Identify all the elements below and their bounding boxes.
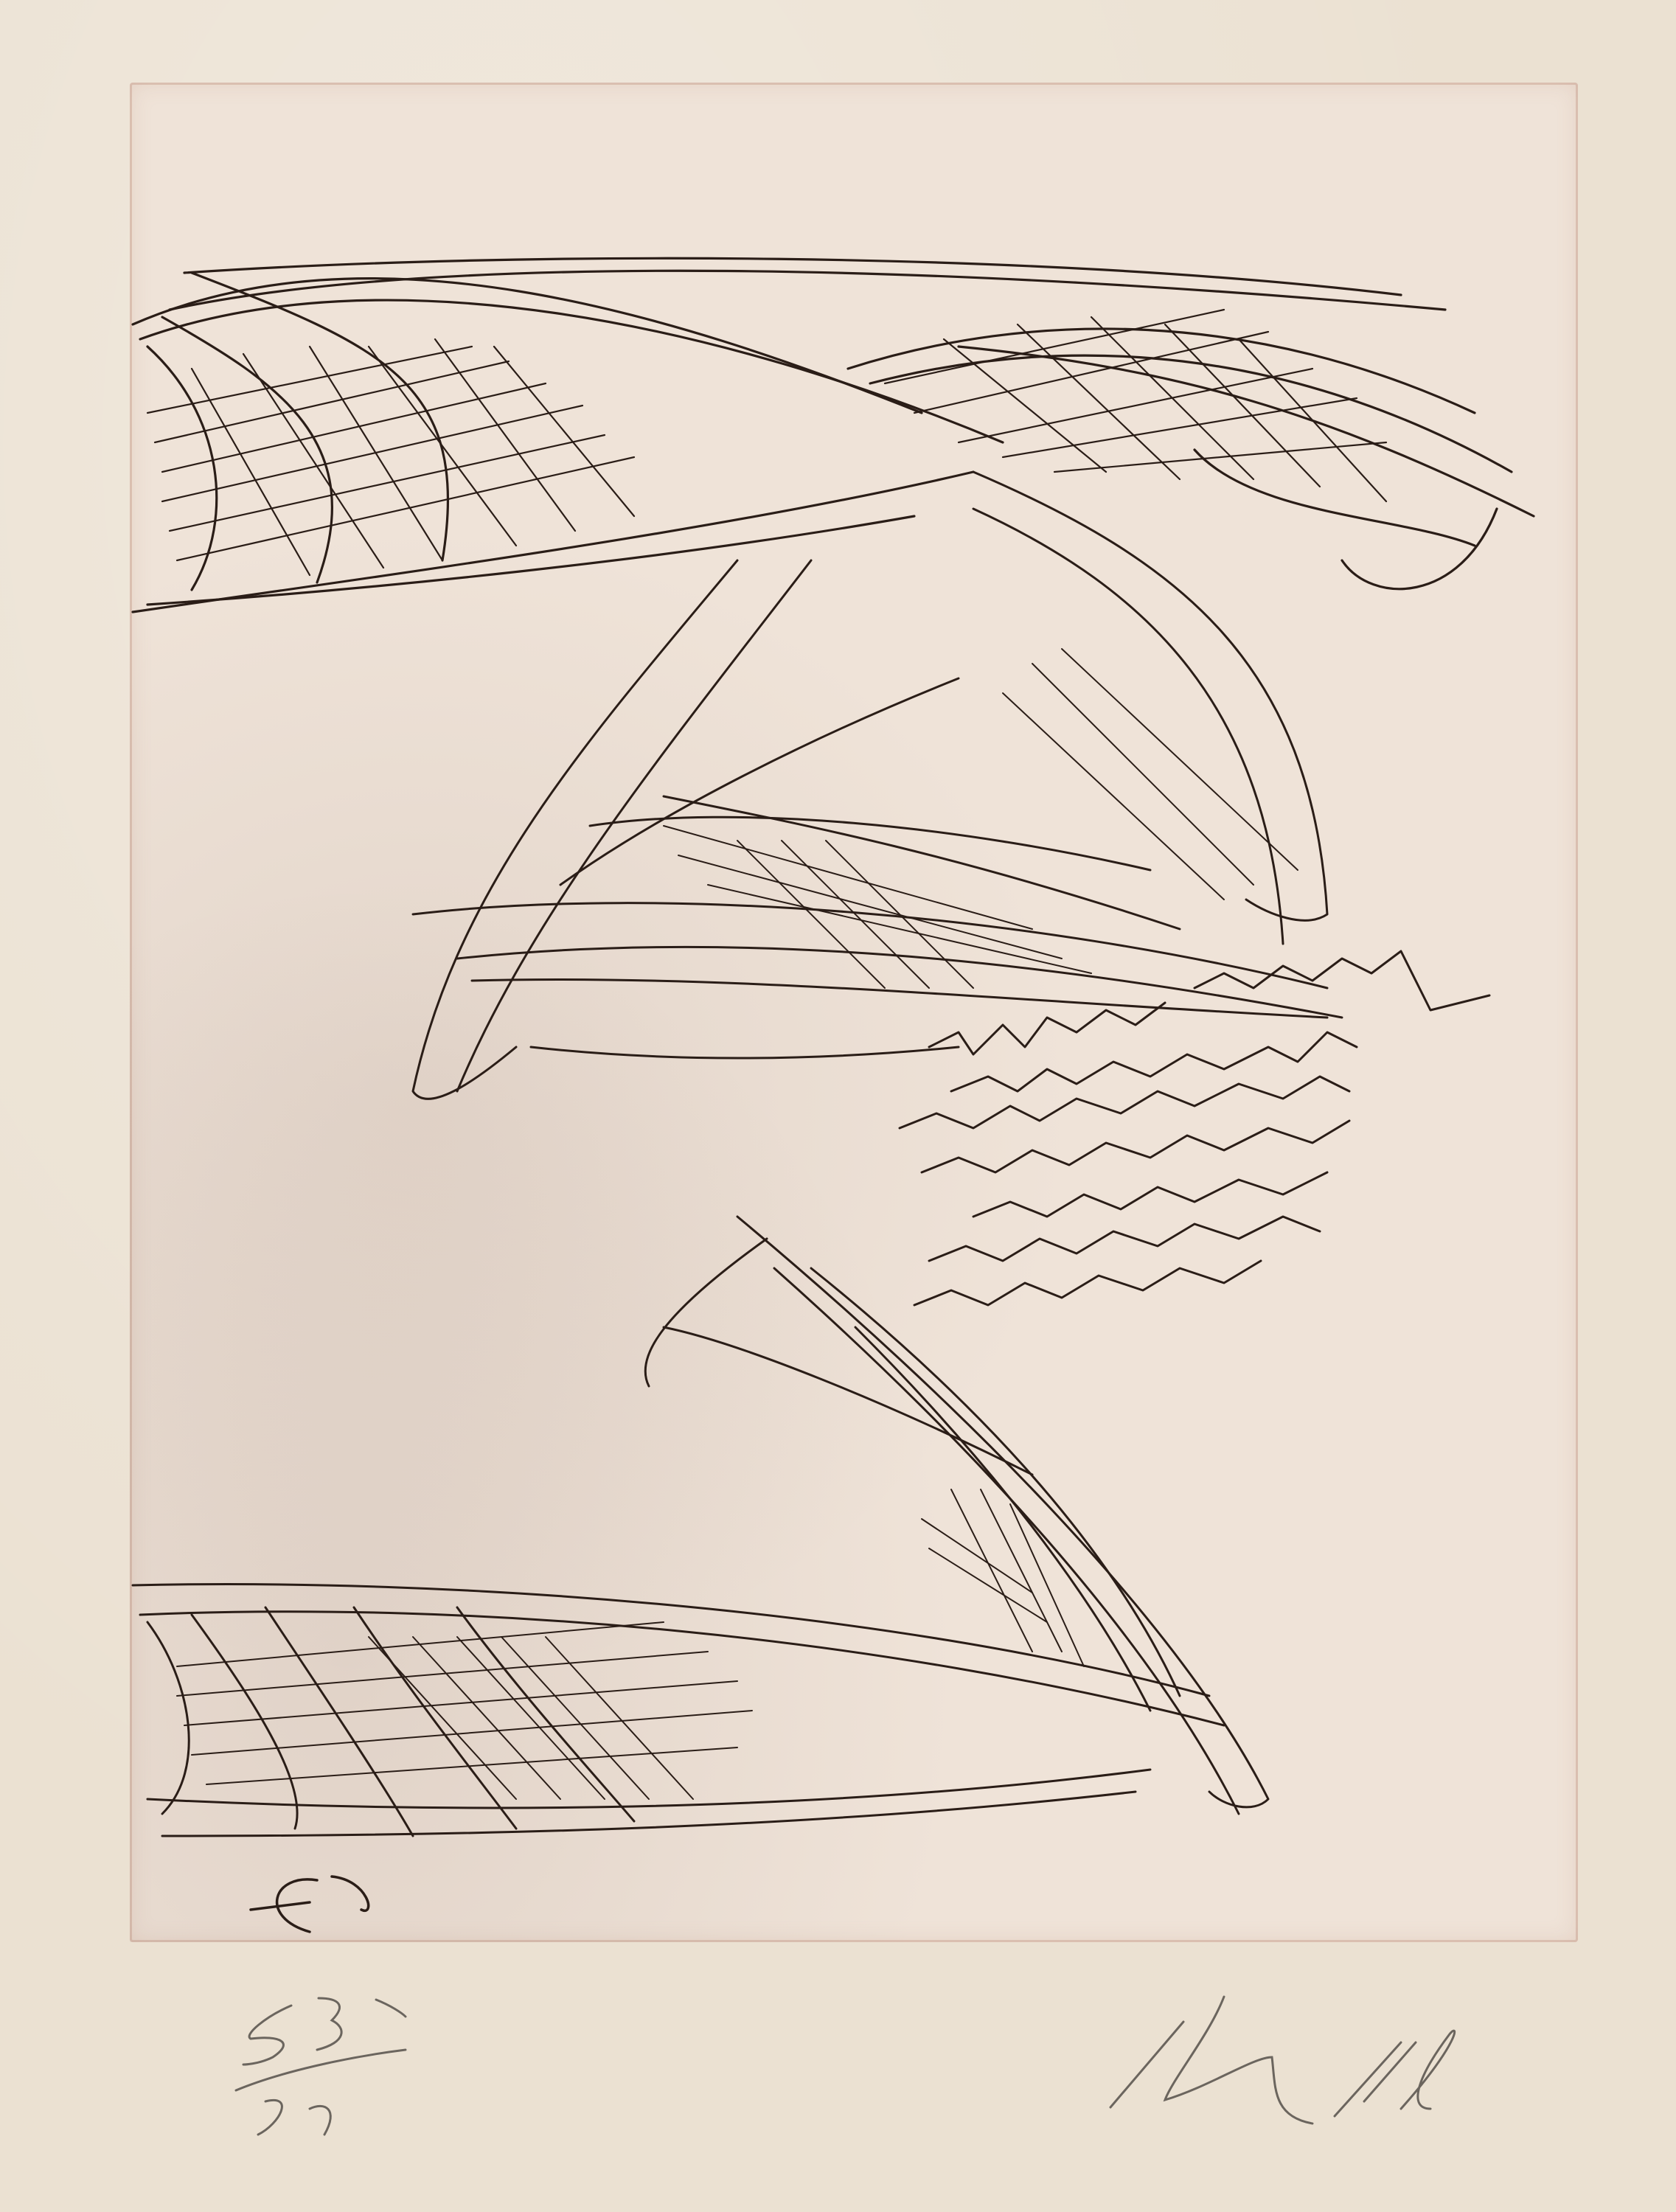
top-band-hatching: [147, 310, 1386, 575]
small-scrawl-bottom-left: [251, 1877, 369, 1932]
edition-number-pencil: [236, 1998, 406, 2135]
mirrored-handwriting-block: [900, 951, 1489, 1305]
scribbled-mass-bottom-band: [133, 1585, 1224, 1836]
etched-drawing: [0, 0, 1676, 2212]
scribbled-mass-top-band: [133, 258, 1534, 612]
bottom-band-hatching: [177, 1622, 752, 1799]
scribbled-mass-middle-wedge: [413, 472, 1342, 1099]
signature-pencil: [1110, 1997, 1455, 2124]
scribbled-mass-lower-wedge: [645, 1217, 1268, 1814]
